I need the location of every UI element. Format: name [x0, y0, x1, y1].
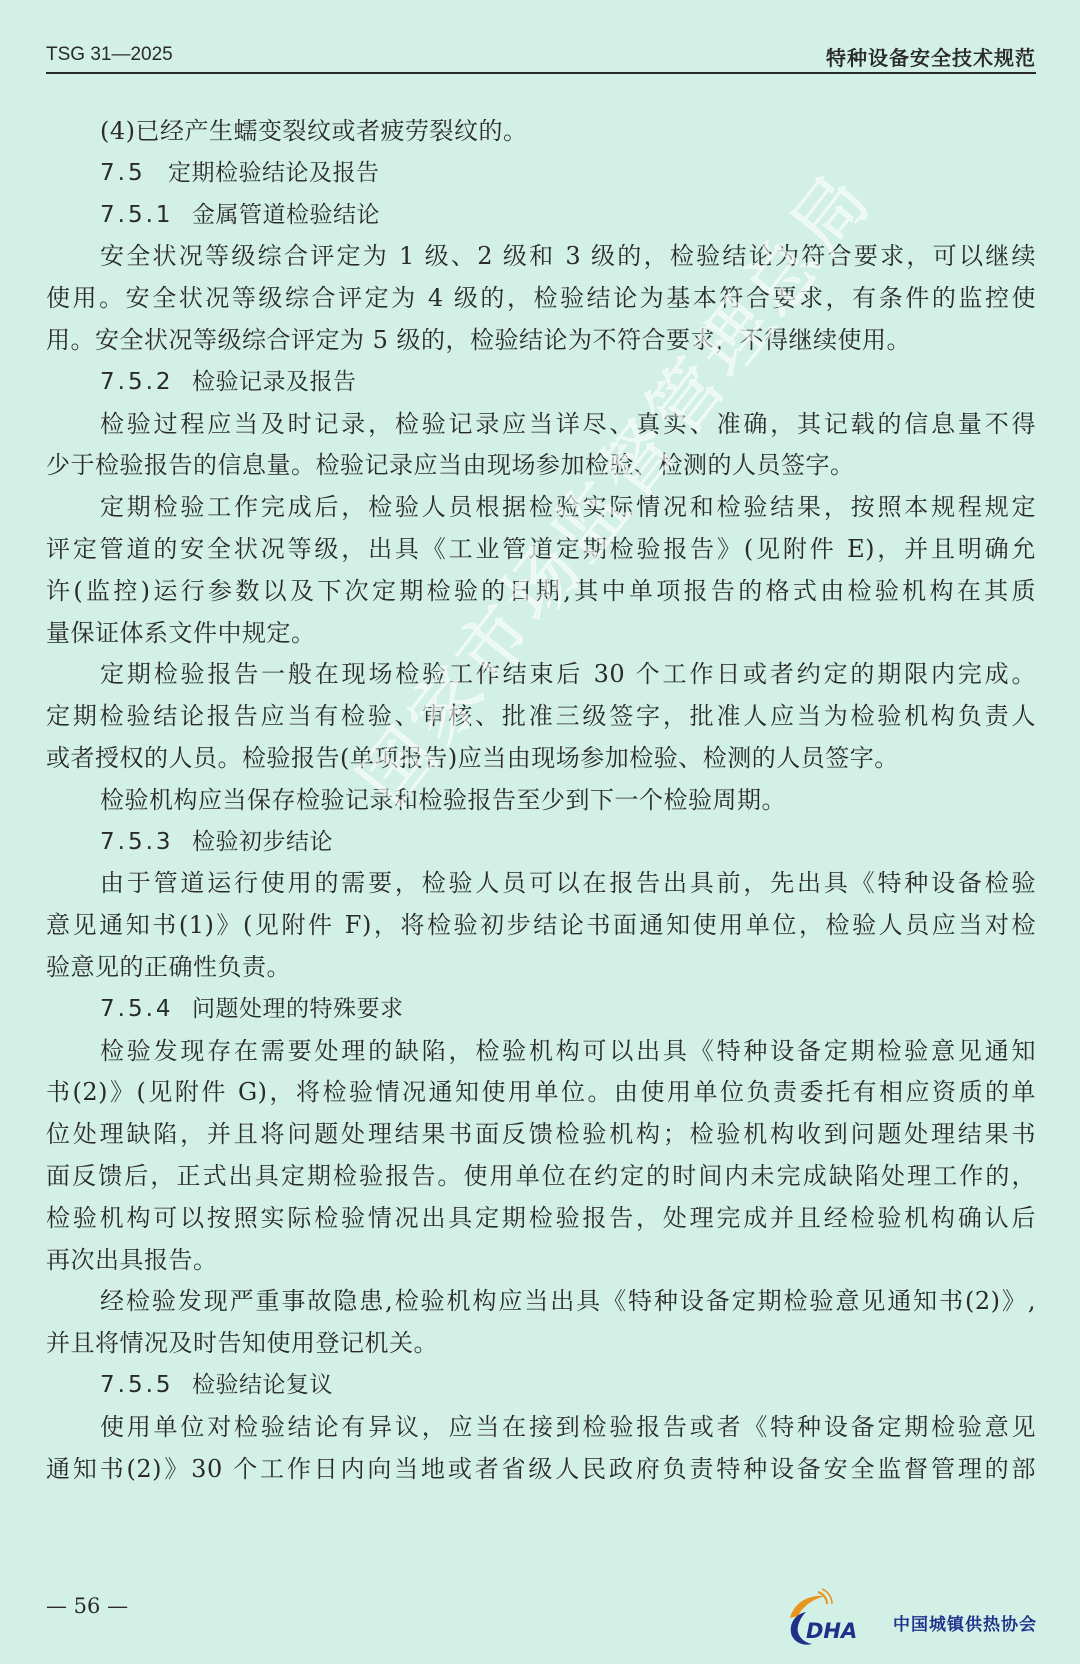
organization-name: 中国城镇供热协会 [893, 1610, 1037, 1635]
paragraph-line: 书(2)》(见附件 G)，将检验情况通知使用单位。由使用单位负责委托有相应资质的… [46, 1072, 1036, 1114]
paragraph-line: 或者授权的人员。检验报告(单项报告)应当由现场参加检验、检测的人员签字。 [46, 738, 1036, 780]
paragraph-line: 定期检验工作完成后，检验人员根据检验实际情况和检验结果，按照本规程规定 [46, 487, 1036, 529]
paragraph-line: 许(监控)运行参数以及下次定期检验的日期,其中单项报告的格式由检验机构在其质 [46, 571, 1036, 613]
svg-text:DHA: DHA [806, 1619, 857, 1643]
paragraph-line: 由于管道运行使用的需要，检验人员可以在报告出具前，先出具《特种设备检验 [46, 863, 1036, 905]
paragraph-line: 验意见的正确性负责。 [46, 947, 1036, 989]
section-number: 7.5.2 [100, 362, 192, 404]
paragraph-line: 检验发现存在需要处理的缺陷，检验机构可以出具《特种设备定期检验意见通知 [46, 1031, 1036, 1073]
paragraph-line: 评定管道的安全状况等级，出具《工业管道定期检验报告》(见附件 E)，并且明确允 [46, 529, 1036, 571]
paragraph-line: 检验过程应当及时记录，检验记录应当详尽、真实、准确，其记载的信息量不得 [46, 404, 1036, 446]
paragraph-line: 检验机构应当保存检验记录和检验报告至少到下一个检验周期。 [46, 780, 1036, 822]
document-page: TSG 31—2025 特种设备安全技术规范 (4)已经产生蠕变裂纹或者疲劳裂纹… [0, 0, 1080, 1664]
section-title: 金属管道检验结论 [192, 202, 380, 228]
section-number: 7.5.4 [100, 989, 192, 1031]
cdha-emblem-icon: DHA [780, 1586, 890, 1650]
page-number: — 56 — [46, 1594, 128, 1618]
paragraph-line: 用。安全状况等级综合评定为 5 级的，检验结论为不符合要求，不得继续使用。 [46, 320, 1036, 362]
section-heading: 7.5.4问题处理的特殊要求 [46, 989, 1036, 1031]
document-code: TSG 31—2025 [46, 44, 173, 66]
running-header: TSG 31—2025 特种设备安全技术规范 [46, 40, 1036, 74]
section-number: 7.5.3 [100, 822, 192, 864]
section-title: 定期检验结论及报告 [168, 160, 380, 186]
section-heading: 7.5.2检验记录及报告 [46, 362, 1036, 404]
section-number: 7.5.1 [100, 195, 192, 237]
paragraph-line: 检验机构可以按照实际检验情况出具定期检验报告，处理完成并且经检验机构确认后 [46, 1198, 1036, 1240]
paragraph-line: 通知书(2)》30 个工作日内向当地或者省级人民政府负责特种设备安全监督管理的部 [46, 1449, 1036, 1491]
section-heading: 7.5定期检验结论及报告 [46, 153, 1036, 195]
paragraph-line: 定期检验结论报告应当有检验、审核、批准三级签字，批准人应当为检验机构负责人 [46, 696, 1036, 738]
paragraph-line: 再次出具报告。 [46, 1240, 1036, 1282]
body-text: (4)已经产生蠕变裂纹或者疲劳裂纹的。7.5定期检验结论及报告7.5.1金属管道… [46, 111, 1036, 1490]
section-heading: 7.5.3检验初步结论 [46, 822, 1036, 864]
paragraph-line: 使用单位对检验结论有异议，应当在接到检验报告或者《特种设备定期检验意见 [46, 1407, 1036, 1449]
paragraph-line: 位处理缺陷，并且将问题处理结果书面反馈检验机构；检验机构收到问题处理结果书 [46, 1114, 1036, 1156]
section-heading: 7.5.1金属管道检验结论 [46, 195, 1036, 237]
paragraph-line: 使用。安全状况等级综合评定为 4 级的，检验结论为基本符合要求，有条件的监控使 [46, 278, 1036, 320]
paragraph-line: 经检验发现严重事故隐患,检验机构应当出具《特种设备定期检验意见通知书(2)》, [46, 1281, 1036, 1323]
section-number: 7.5.5 [100, 1365, 192, 1407]
cdha-logo: DHA 中国城镇供热协会 [780, 1586, 1060, 1650]
paragraph-line: 并且将情况及时告知使用登记机关。 [46, 1323, 1036, 1365]
paragraph-line: (4)已经产生蠕变裂纹或者疲劳裂纹的。 [46, 111, 1036, 153]
paragraph-line: 少于检验报告的信息量。检验记录应当由现场参加检验、检测的人员签字。 [46, 445, 1036, 487]
paragraph-line: 安全状况等级综合评定为 1 级、2 级和 3 级的，检验结论为符合要求，可以继续 [46, 236, 1036, 278]
section-title: 问题处理的特殊要求 [192, 996, 404, 1022]
section-heading: 7.5.5检验结论复议 [46, 1365, 1036, 1407]
series-title: 特种设备安全技术规范 [826, 42, 1036, 71]
section-title: 检验结论复议 [192, 1372, 333, 1398]
paragraph-line: 定期检验报告一般在现场检验工作结束后 30 个工作日或者约定的期限内完成。 [46, 654, 1036, 696]
paragraph-line: 意见通知书(1)》(见附件 F)，将检验初步结论书面通知使用单位，检验人员应当对… [46, 905, 1036, 947]
section-number: 7.5 [100, 153, 168, 195]
section-title: 检验记录及报告 [192, 369, 357, 395]
section-title: 检验初步结论 [192, 829, 333, 855]
paragraph-line: 面反馈后，正式出具定期检验报告。使用单位在约定的时间内未完成缺陷处理工作的， [46, 1156, 1036, 1198]
paragraph-line: 量保证体系文件中规定。 [46, 613, 1036, 655]
